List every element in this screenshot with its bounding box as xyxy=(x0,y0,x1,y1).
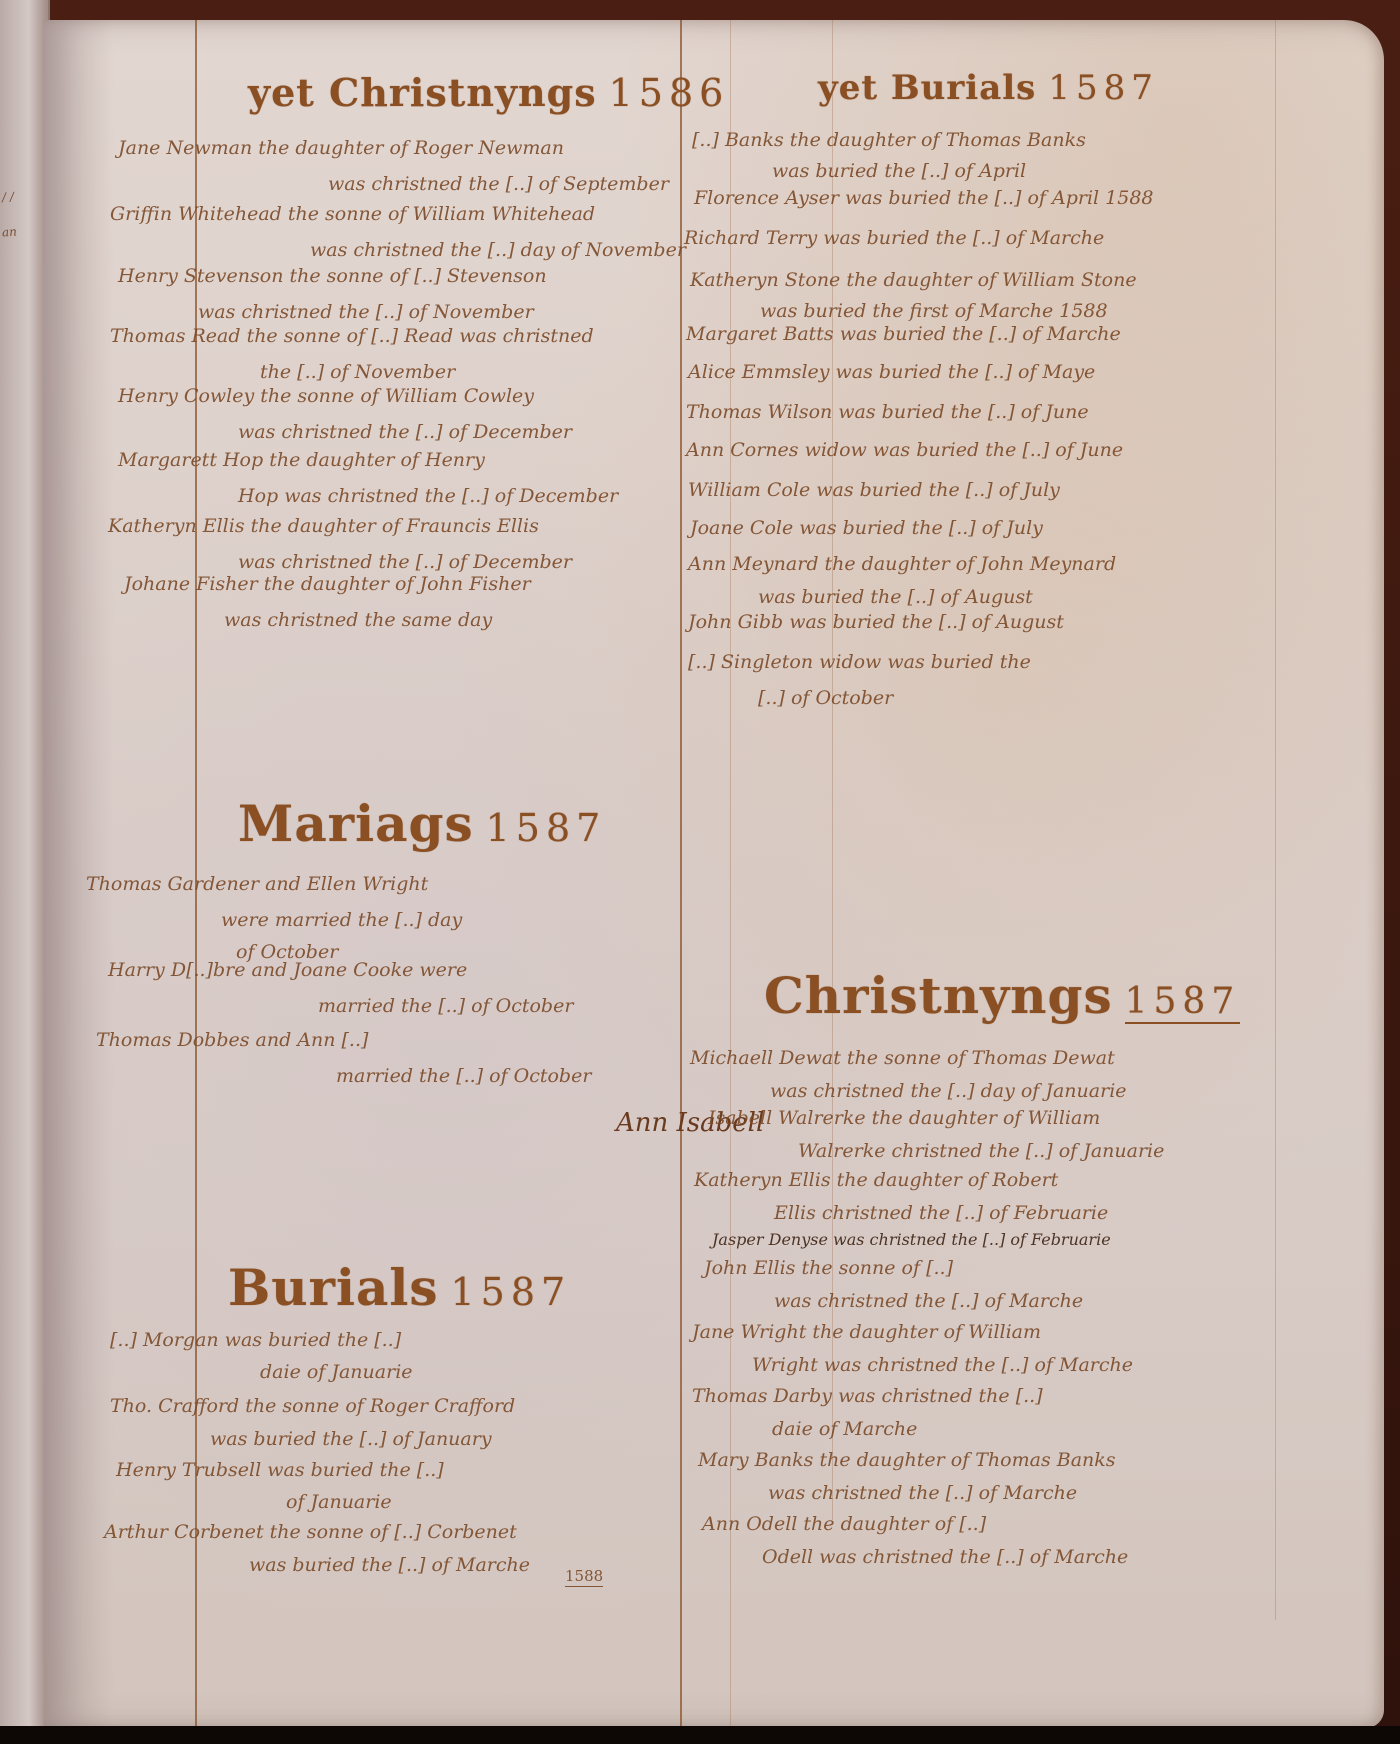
heading-year: 1587 xyxy=(1125,981,1241,1024)
heading-mariags-1587: Mariags1587 xyxy=(238,794,606,853)
entry-line: [..] Morgan was buried the [..] xyxy=(110,1322,413,1358)
register-entry: William Cole was buried the [..] of July xyxy=(688,472,1060,508)
register-entry: Katheryn Ellis the daughter of Robert El… xyxy=(694,1162,1108,1228)
heading-year: 1587 xyxy=(1048,68,1159,108)
register-entry: [..] Banks the daughter of Thomas Banks … xyxy=(692,122,1086,184)
entry-line: Ann Odell the daughter of [..] xyxy=(702,1506,1128,1542)
entry-line: Tho. Crafford the sonne of Roger Craffor… xyxy=(110,1388,515,1424)
register-entry: Tho. Crafford the sonne of Roger Craffor… xyxy=(110,1388,515,1454)
center-rule-left xyxy=(680,20,682,1728)
entry-continuation: was buried the [..] of Marche xyxy=(104,1550,530,1580)
register-entry: John Ellis the sonne of [..] was christn… xyxy=(704,1250,1083,1316)
entry-line: Mary Banks the daughter of Thomas Banks xyxy=(698,1442,1116,1478)
previous-leaf-edge: ∕ ∕ an xyxy=(0,0,50,1728)
bottom-shadow-bar xyxy=(0,1726,1400,1744)
entry-line: Henry Cowley the sonne of William Cowley xyxy=(118,378,572,414)
register-entry: Ann Meynard the daughter of John Meynard… xyxy=(688,546,1116,612)
entry-line: Thomas Darby was christned the [..] xyxy=(692,1378,1043,1414)
entry-line: Michaell Dewat the sonne of Thomas Dewat xyxy=(690,1040,1127,1076)
register-entry: Ann Odell the daughter of [..] Odell was… xyxy=(702,1506,1128,1572)
heading-year: 1587 xyxy=(486,806,607,850)
register-entry: Henry Cowley the sonne of William Cowley… xyxy=(118,378,572,450)
register-entry: Florence Ayser was buried the [..] of Ap… xyxy=(694,180,1154,216)
register-entry: Ann Cornes widow was buried the [..] of … xyxy=(686,432,1123,468)
leaf-fragment: ∕ ∕ xyxy=(2,190,15,205)
register-entry: Johane Fisher the daughter of John Fishe… xyxy=(124,566,531,638)
heading-text: Mariags xyxy=(238,794,474,853)
entry-line: John Ellis the sonne of [..] xyxy=(704,1250,1083,1286)
entry-line: Katheryn Ellis the daughter of Frauncis … xyxy=(108,508,572,544)
entry-continuation: was christned the [..] of Marche xyxy=(698,1478,1116,1508)
entry-continuation: [..] of October xyxy=(688,680,1031,716)
entry-line: Ann Meynard the daughter of John Meynard xyxy=(688,546,1116,582)
entry-line: Thomas Dobbes and Ann [..] xyxy=(96,1022,591,1058)
register-entry: Alice Emmsley was buried the [..] of May… xyxy=(688,354,1095,390)
heading-text: yet Burials xyxy=(818,68,1036,108)
register-entry: Thomas Darby was christned the [..] daie… xyxy=(692,1378,1043,1444)
entry-continuation: married the [..] of October xyxy=(108,988,573,1024)
register-entry: Thomas Dobbes and Ann [..] married the [… xyxy=(96,1022,591,1094)
entry-continuation: of Januarie xyxy=(116,1488,444,1516)
heading-text: Christnyngs xyxy=(764,966,1113,1025)
heading-year: 1587 xyxy=(451,1270,572,1314)
heading-christnyngs-1587: Christnyngs1587 xyxy=(764,966,1240,1025)
heading-year: 1586 xyxy=(609,71,730,115)
entry-line: Harry D[..]bre and Joane Cooke were xyxy=(108,952,573,988)
entry-continuation: Odell was christned the [..] of Marche xyxy=(702,1542,1128,1572)
register-entry: Jane Newman the daughter of Roger Newman… xyxy=(118,130,669,202)
heading-yet-burials-1587: yet Burials1587 xyxy=(818,68,1159,108)
entry-line: Thomas Read the sonne of [..] Read was c… xyxy=(110,318,594,354)
register-entry: Margarett Hop the daughter of Henry Hop … xyxy=(118,442,618,514)
entry-continuation: was christned the same day xyxy=(124,602,531,638)
entry-line: Arthur Corbenet the sonne of [..] Corben… xyxy=(104,1514,530,1550)
entry-line: [..] Banks the daughter of Thomas Banks xyxy=(692,122,1086,158)
register-entry: John Gibb was buried the [..] of August xyxy=(688,604,1064,640)
entry-line: Jane Wright the daughter of William xyxy=(692,1314,1133,1350)
entry-continuation: daie of Januarie xyxy=(110,1358,413,1386)
register-entry: Jane Wright the daughter of William Wrig… xyxy=(692,1314,1133,1380)
heading-christnyngs-1586: yet Christnyngs1586 xyxy=(248,70,729,115)
entry-line: Jane Newman the daughter of Roger Newman xyxy=(118,130,669,166)
heading-text: yet Christnyngs xyxy=(248,70,597,115)
entry-line: Katheryn Ellis the daughter of Robert xyxy=(694,1162,1108,1198)
entry-continuation: was buried the [..] of January xyxy=(110,1424,515,1454)
register-entry: Katheryn Stone the daughter of William S… xyxy=(690,262,1137,324)
entry-continuation: daie of Marche xyxy=(692,1414,1043,1444)
entry-continuation: was christned the [..] of Marche xyxy=(704,1286,1083,1316)
register-entry: Henry Trubsell was buried the [..] of Ja… xyxy=(116,1452,444,1516)
register-entry: [..] Morgan was buried the [..] daie of … xyxy=(110,1322,413,1386)
entry-continuation: Wright was christned the [..] of Marche xyxy=(692,1350,1133,1380)
leaf-fragment: an xyxy=(2,224,18,239)
entry-continuation: married the [..] of October xyxy=(96,1058,591,1094)
entry-line: Thomas Gardener and Ellen Wright xyxy=(86,866,462,902)
register-entry: Michaell Dewat the sonne of Thomas Dewat… xyxy=(690,1040,1127,1106)
footnote-year-1588: 1588 xyxy=(565,1566,603,1587)
register-entry: Arthur Corbenet the sonne of [..] Corben… xyxy=(104,1514,530,1580)
register-entry: Isabell Walrerke the daughter of William… xyxy=(708,1100,1164,1166)
register-entry: Harry D[..]bre and Joane Cooke were marr… xyxy=(108,952,573,1024)
register-entry: [..] Singleton widow was buried the [..]… xyxy=(688,644,1031,716)
entry-line: [..] Singleton widow was buried the xyxy=(688,644,1031,680)
entry-line: Henry Stevenson the sonne of [..] Steven… xyxy=(118,258,547,294)
entry-line: Katheryn Stone the daughter of William S… xyxy=(690,262,1137,298)
register-entry: Thomas Wilson was buried the [..] of Jun… xyxy=(686,394,1089,430)
right-margin-rule xyxy=(1275,20,1276,1620)
register-entry: Joane Cole was buried the [..] of July xyxy=(690,510,1043,546)
register-entry: Thomas Gardener and Ellen Wright were ma… xyxy=(86,866,462,966)
entry-line: Isabell Walrerke the daughter of William xyxy=(708,1100,1164,1136)
entry-continuation: were married the [..] day xyxy=(86,902,462,938)
entry-line: Margarett Hop the daughter of Henry xyxy=(118,442,618,478)
entry-line: Johane Fisher the daughter of John Fishe… xyxy=(124,566,531,602)
entry-line: Griffin Whitehead the sonne of William W… xyxy=(110,196,686,232)
heading-text: Burials xyxy=(228,1258,439,1317)
entry-line: Henry Trubsell was buried the [..] xyxy=(116,1452,444,1488)
heading-burials-1587: Burials1587 xyxy=(228,1258,571,1317)
register-entry: Margaret Batts was buried the [..] of Ma… xyxy=(686,316,1121,352)
register-entry: Richard Terry was buried the [..] of Mar… xyxy=(684,220,1104,256)
register-entry: Mary Banks the daughter of Thomas Banks … xyxy=(698,1442,1116,1508)
